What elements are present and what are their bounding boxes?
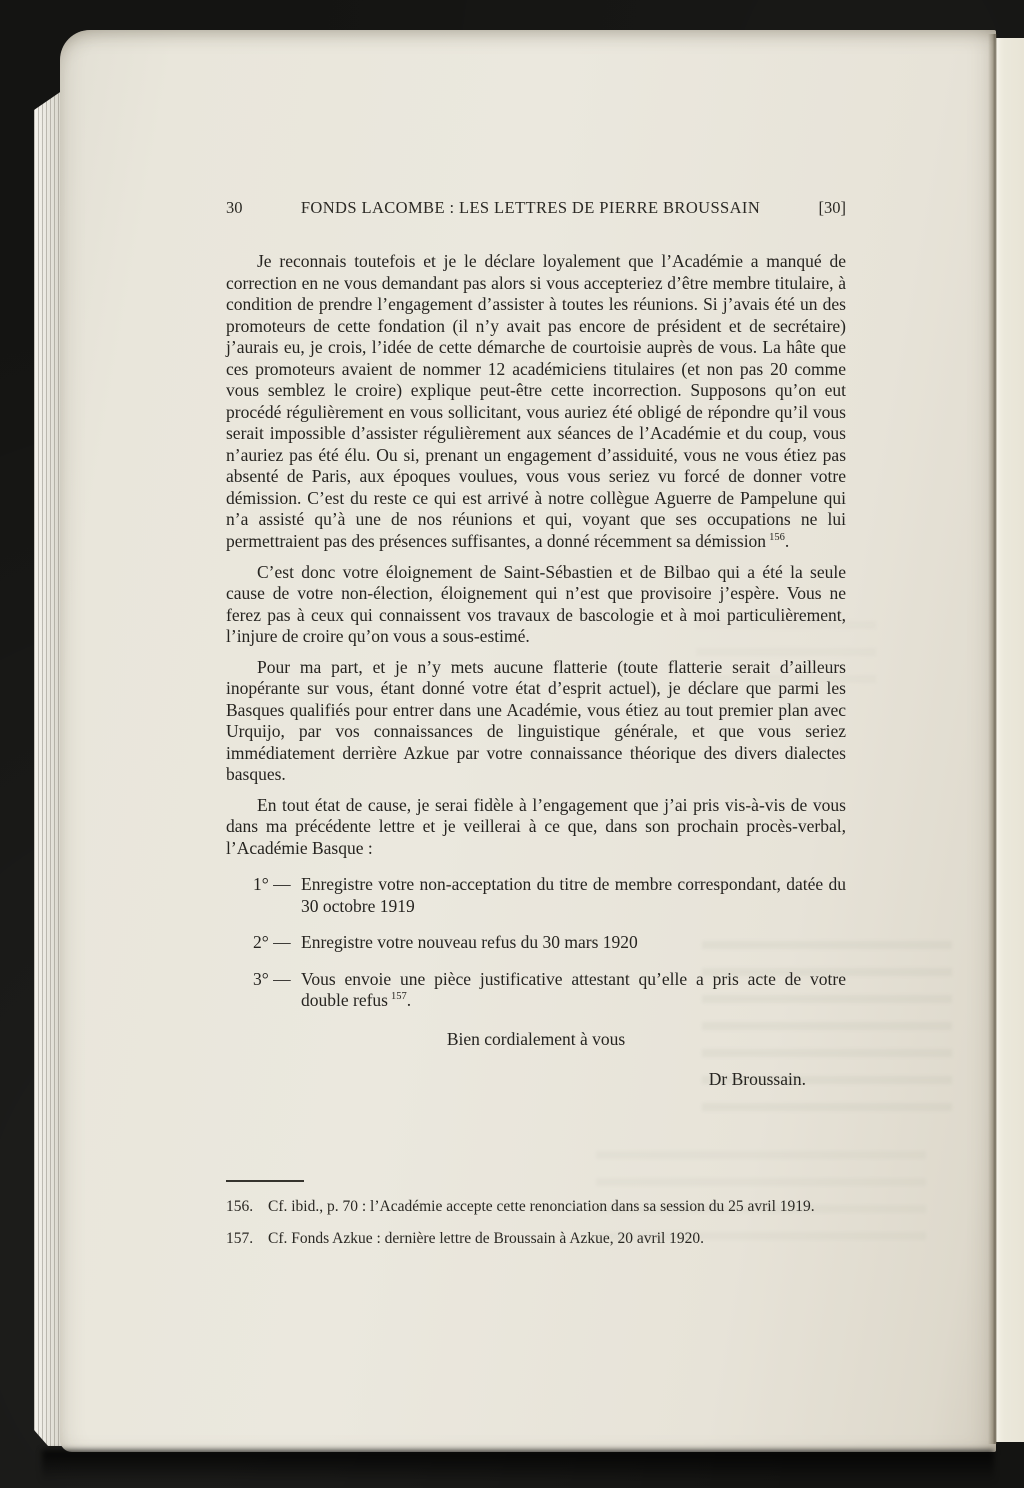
closing-salutation: Bien cordialement à vous: [226, 1029, 846, 1051]
paragraph-1-text: Je reconnais toutefois et je le déclare …: [226, 251, 846, 551]
running-header: 30 FONDS LACOMBE : LES LETTRES DE PIERRE…: [226, 198, 846, 218]
book-page: 30 FONDS LACOMBE : LES LETTRES DE PIERRE…: [60, 30, 996, 1452]
signature: Dr Broussain.: [226, 1069, 846, 1091]
footnote-ref-157: 157: [391, 991, 407, 1002]
bracket-page-number: [30]: [818, 198, 846, 218]
footnote-ref-156: 156: [769, 532, 785, 543]
list-item-3-text: Vous envoie une pièce justificative atte…: [301, 969, 846, 1011]
footnote-157-text: Cf. Fonds Azkue : dernière lettre de Bro…: [268, 1230, 704, 1247]
list-item-1-text: Enregistre votre non-acceptation du titr…: [301, 874, 846, 916]
page-drop-shadow: [42, 1450, 994, 1482]
footnote-156: 156. Cf. ibid., p. 70 : l’Académie accep…: [226, 1197, 850, 1218]
list-item-3: 3° — Vous envoie une pièce justificative…: [226, 969, 846, 1012]
footnote-156-text: Cf. ibid., p. 70 : l’Académie accepte ce…: [268, 1198, 815, 1215]
paragraph-1: Je reconnais toutefois et je le déclare …: [226, 251, 846, 552]
paragraph-1-tail: .: [785, 531, 789, 551]
list-item-2-text: Enregistre votre nouveau refus du 30 mar…: [301, 932, 638, 952]
running-title: FONDS LACOMBE : LES LETTRES DE PIERRE BR…: [301, 198, 760, 218]
facing-page-edge: [996, 38, 1024, 1442]
list-item-1-marker: 1° —: [253, 874, 291, 896]
list-item-3-marker: 3° —: [253, 969, 291, 991]
page-number: 30: [226, 198, 243, 218]
scanned-book-photo: 30 FONDS LACOMBE : LES LETTRES DE PIERRE…: [0, 0, 1024, 1488]
text-column: 30 FONDS LACOMBE : LES LETTRES DE PIERRE…: [226, 30, 846, 1091]
footnote-156-number: 156.: [226, 1197, 253, 1218]
footnote-157-number: 157.: [226, 1229, 253, 1250]
footnotes-section: 156. Cf. ibid., p. 70 : l’Académie accep…: [226, 1180, 850, 1260]
gutter-crease: [988, 34, 997, 1444]
list-item-2: 2° — Enregistre votre nouveau refus du 3…: [226, 932, 846, 954]
list-item-3-tail: .: [407, 990, 411, 1010]
footnote-157: 157. Cf. Fonds Azkue : dernière lettre d…: [226, 1229, 850, 1250]
paragraph-4: En tout état de cause, je serai fidèle à…: [226, 795, 846, 860]
footnote-separator: [226, 1180, 304, 1182]
list-item-1: 1° — Enregistre votre non-acceptation du…: [226, 874, 846, 917]
paragraph-3: Pour ma part, et je n’y mets aucune flat…: [226, 657, 846, 786]
list-item-2-marker: 2° —: [253, 932, 291, 954]
paragraph-2: C’est donc votre éloignement de Saint-Sé…: [226, 562, 846, 648]
